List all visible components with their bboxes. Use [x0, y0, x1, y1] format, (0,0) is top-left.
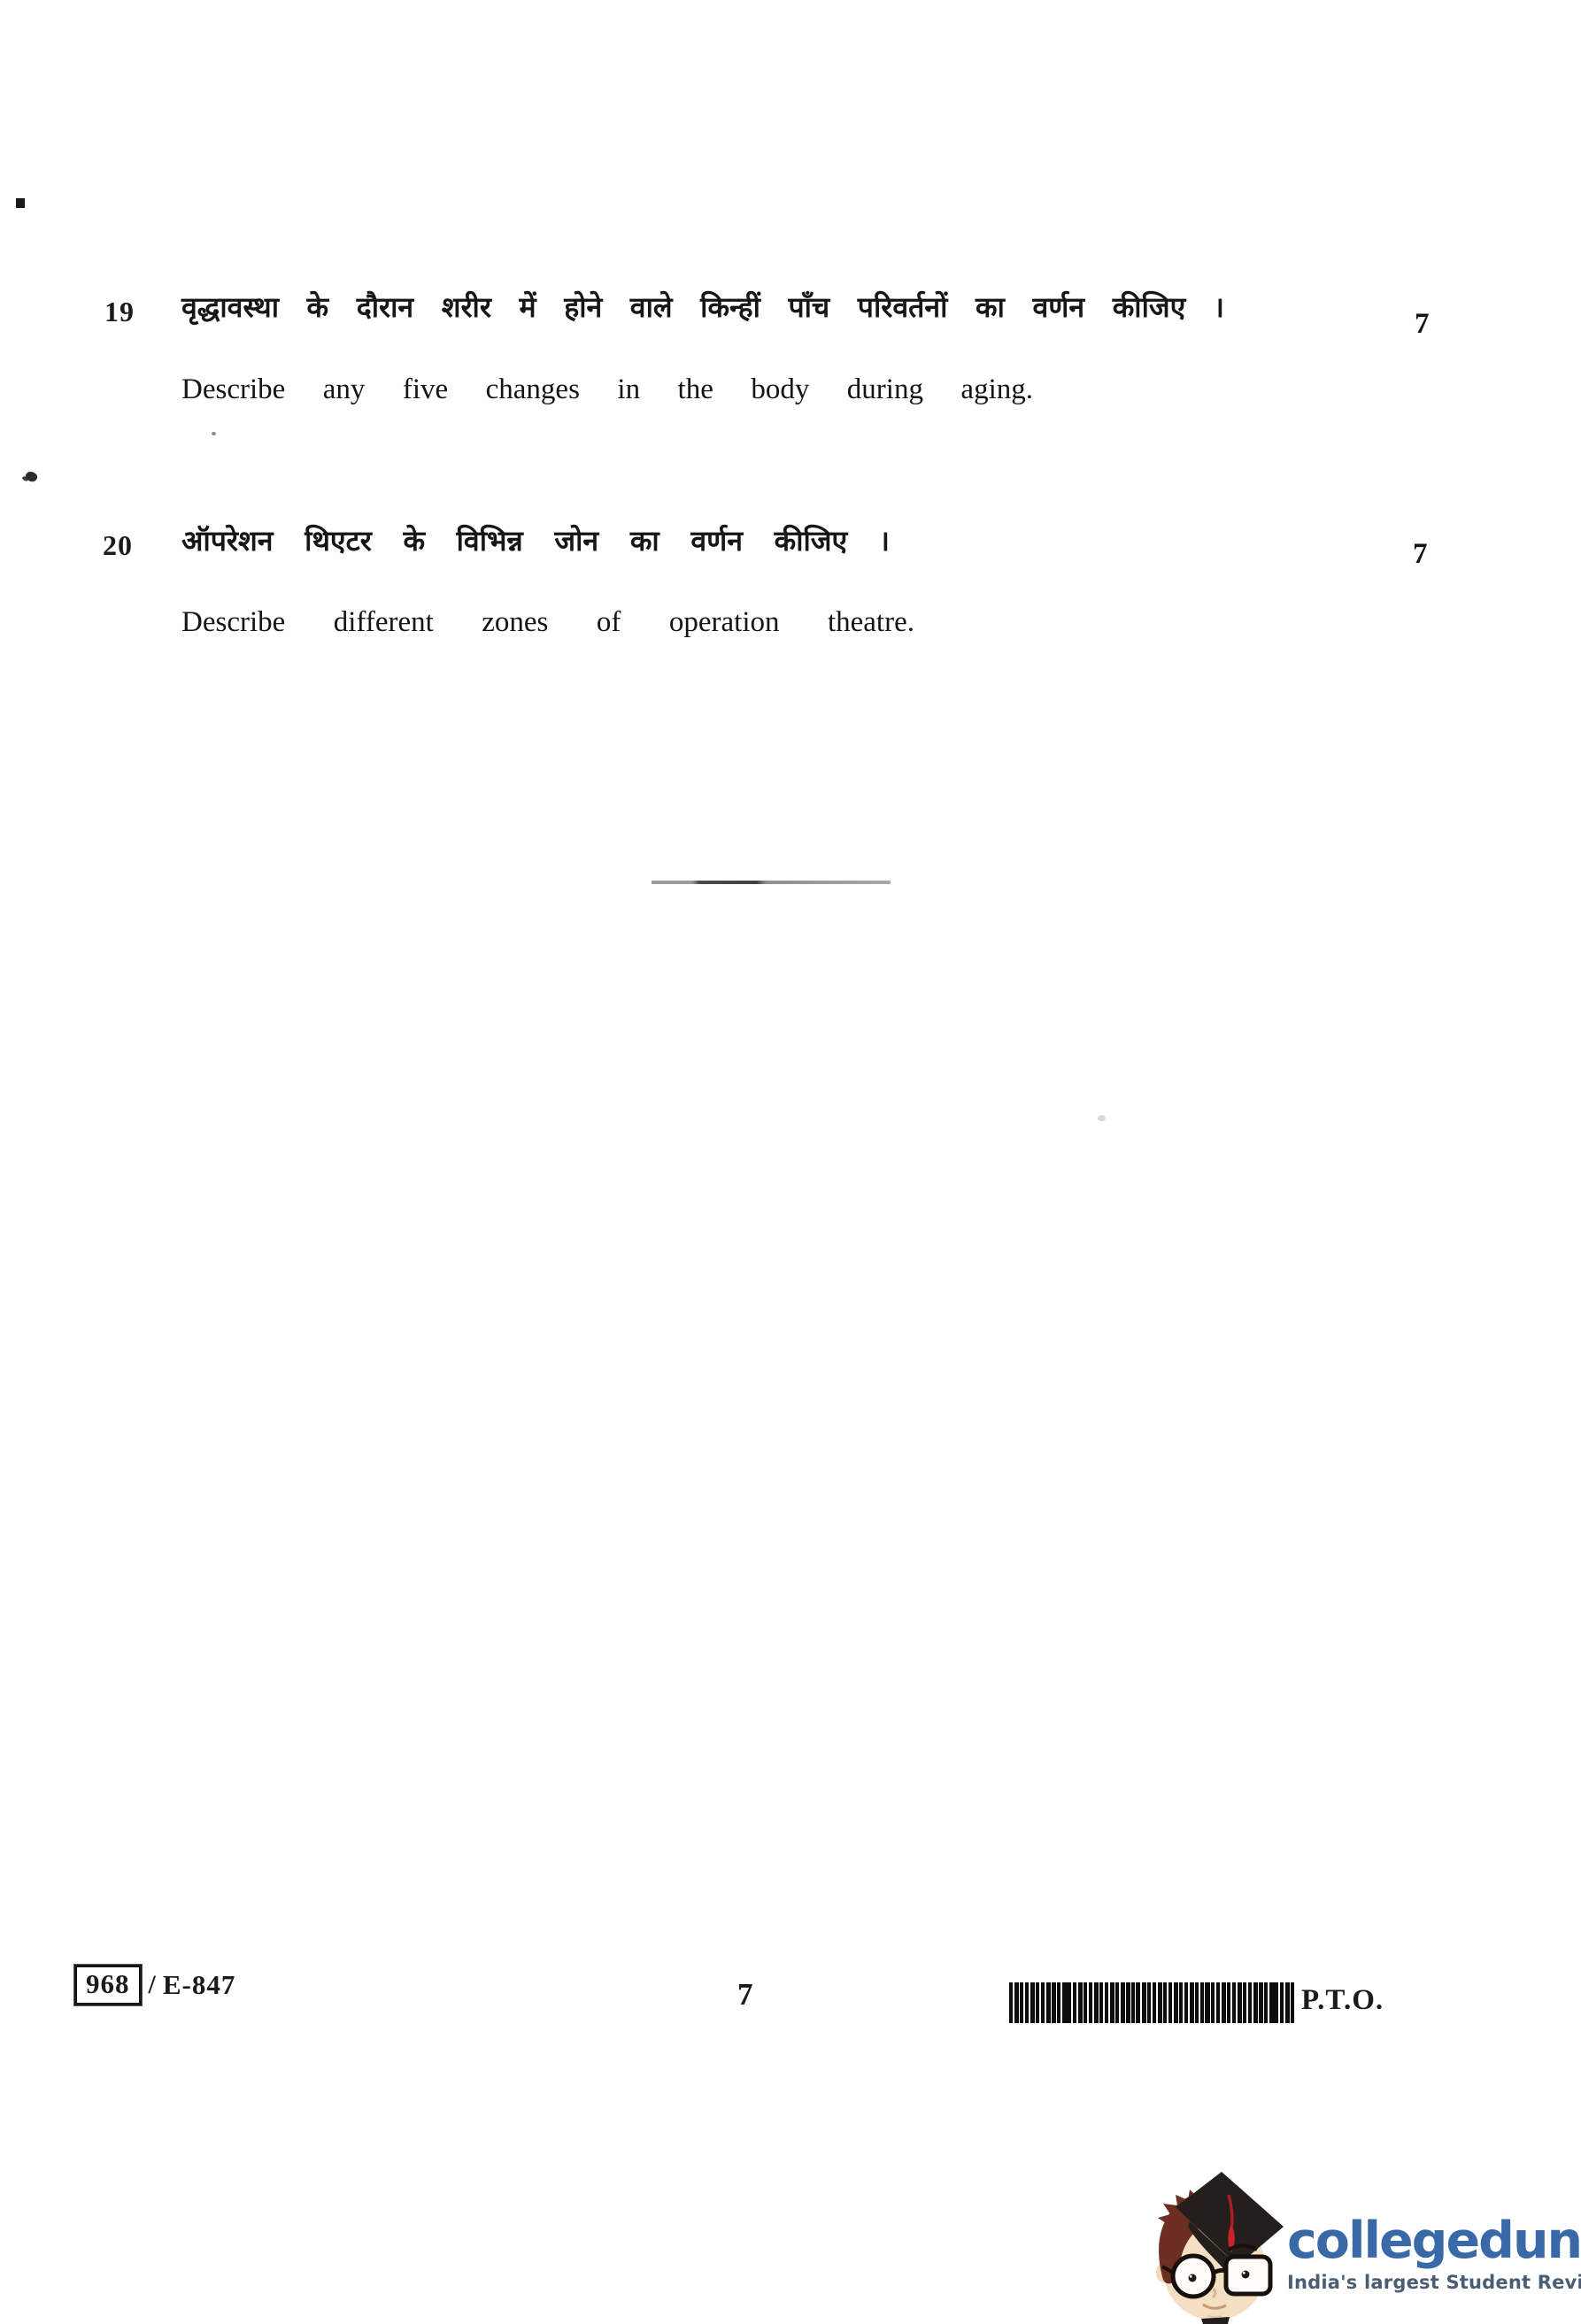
scan-artifact-square [16, 198, 25, 208]
scan-artifact-faint-dot [1098, 1115, 1106, 1121]
logo-text-block: collegedunia .com India's largest Studen… [1287, 2216, 1581, 2293]
paper-code: E-847 [163, 1969, 236, 2001]
page-number: 7 [737, 1977, 753, 2012]
question-20-hindi-text: ऑपरेशन थिएटर के विभिन्न जोन का वर्णन कीज… [181, 524, 890, 558]
question-19-english-text: Describe any five changes in the body du… [181, 373, 1033, 408]
question-19-marks: 7 [1415, 308, 1430, 341]
question-20-english-text: Describe different zones of operation th… [181, 605, 914, 641]
collegedunia-mascot-icon [1151, 2172, 1285, 2324]
booklet-code-box: 968 [74, 1965, 142, 2005]
scan-artifact-speck [24, 469, 39, 484]
question-20-number: 20 [103, 529, 133, 562]
question-20-marks: 7 [1413, 538, 1428, 571]
collegedunia-logo: collegedunia .com India's largest Studen… [1151, 2172, 1581, 2324]
barcode-image [1009, 1982, 1294, 2023]
footer-slash: / [149, 1970, 156, 2000]
pto-label: P.T.O. [1301, 1984, 1384, 2017]
scan-artifact-tiny-dot [212, 432, 216, 435]
scanned-exam-page: { "questions": [ { "number": "19", "hind… [0, 0, 1581, 2324]
question-19-hindi-line: वृद्धावस्था के दौरान शरीर में होने वाले … [181, 290, 1224, 324]
question-19-number: 19 [104, 296, 135, 328]
question-19-hindi-text: वृद्धावस्था के दौरान शरीर में होने वाले … [181, 290, 1224, 324]
section-end-rule [652, 881, 891, 884]
question-20-hindi-line: ऑपरेशन थिएटर के विभिन्न जोन का वर्णन कीज… [181, 524, 890, 558]
footer-paper-id: 968 / E-847 [74, 1965, 235, 2005]
logo-brand-text: collegedunia [1287, 2216, 1581, 2266]
logo-tagline: India's largest Student Review Platform [1287, 2272, 1581, 2293]
